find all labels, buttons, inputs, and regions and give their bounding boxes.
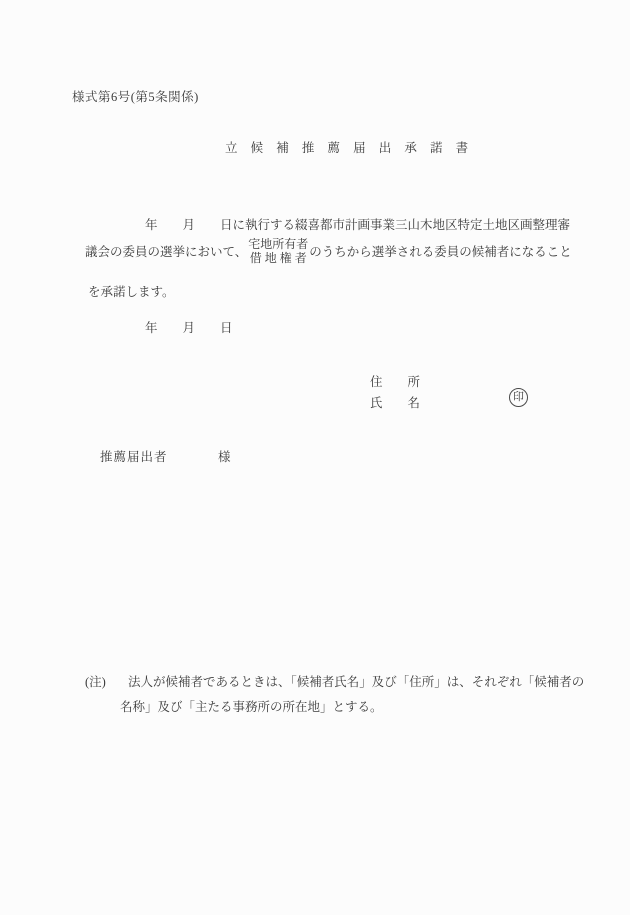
note-line-2: 名称」及び「主たる事務所の所在地」とする。 <box>120 697 383 715</box>
date-line: 年 月 日 <box>145 318 233 336</box>
form-number: 様式第6号(第5条関係) <box>72 87 199 105</box>
document-page: 様式第6号(第5条関係) 立 候 補 推 薦 届 出 承 諾 書 年 月 日に執… <box>0 0 630 915</box>
body-line-2-suffix: のうちから選挙される委員の候補者になること <box>309 242 572 260</box>
seal-icon: 印 <box>509 388 528 407</box>
note-line-1: 法人が候補者であるときは、「候補者氏名」及び「住所」は、それぞれ「候補者の <box>128 672 584 690</box>
seal-text: 印 <box>513 392 524 403</box>
recommender-honorific: 様 <box>218 447 231 465</box>
body-line-3: を承諾します。 <box>88 282 175 300</box>
stack-bottom-leaseholder: 借 地 権 者 <box>250 251 307 265</box>
landowner-leaseholder-stack: 宅地所有者 借 地 権 者 <box>248 237 308 265</box>
recommender-label: 推薦届出者 <box>100 447 168 465</box>
body-line-2-prefix: 議会の委員の選挙において、 <box>85 242 247 260</box>
body-line-1: 年 月 日に執行する綴喜都市計画事業三山木地区特定土地区画整理審 <box>145 215 570 233</box>
note-marker: (注) <box>85 672 106 690</box>
body-line-2: 議会の委員の選挙において、 宅地所有者 借 地 権 者 のうちから選挙される委員… <box>85 237 572 265</box>
name-label: 氏 名 <box>370 393 420 411</box>
address-label: 住 所 <box>370 372 420 390</box>
stack-top-landowner: 宅地所有者 <box>248 237 308 251</box>
document-title: 立 候 補 推 薦 届 出 承 諾 書 <box>225 138 473 156</box>
